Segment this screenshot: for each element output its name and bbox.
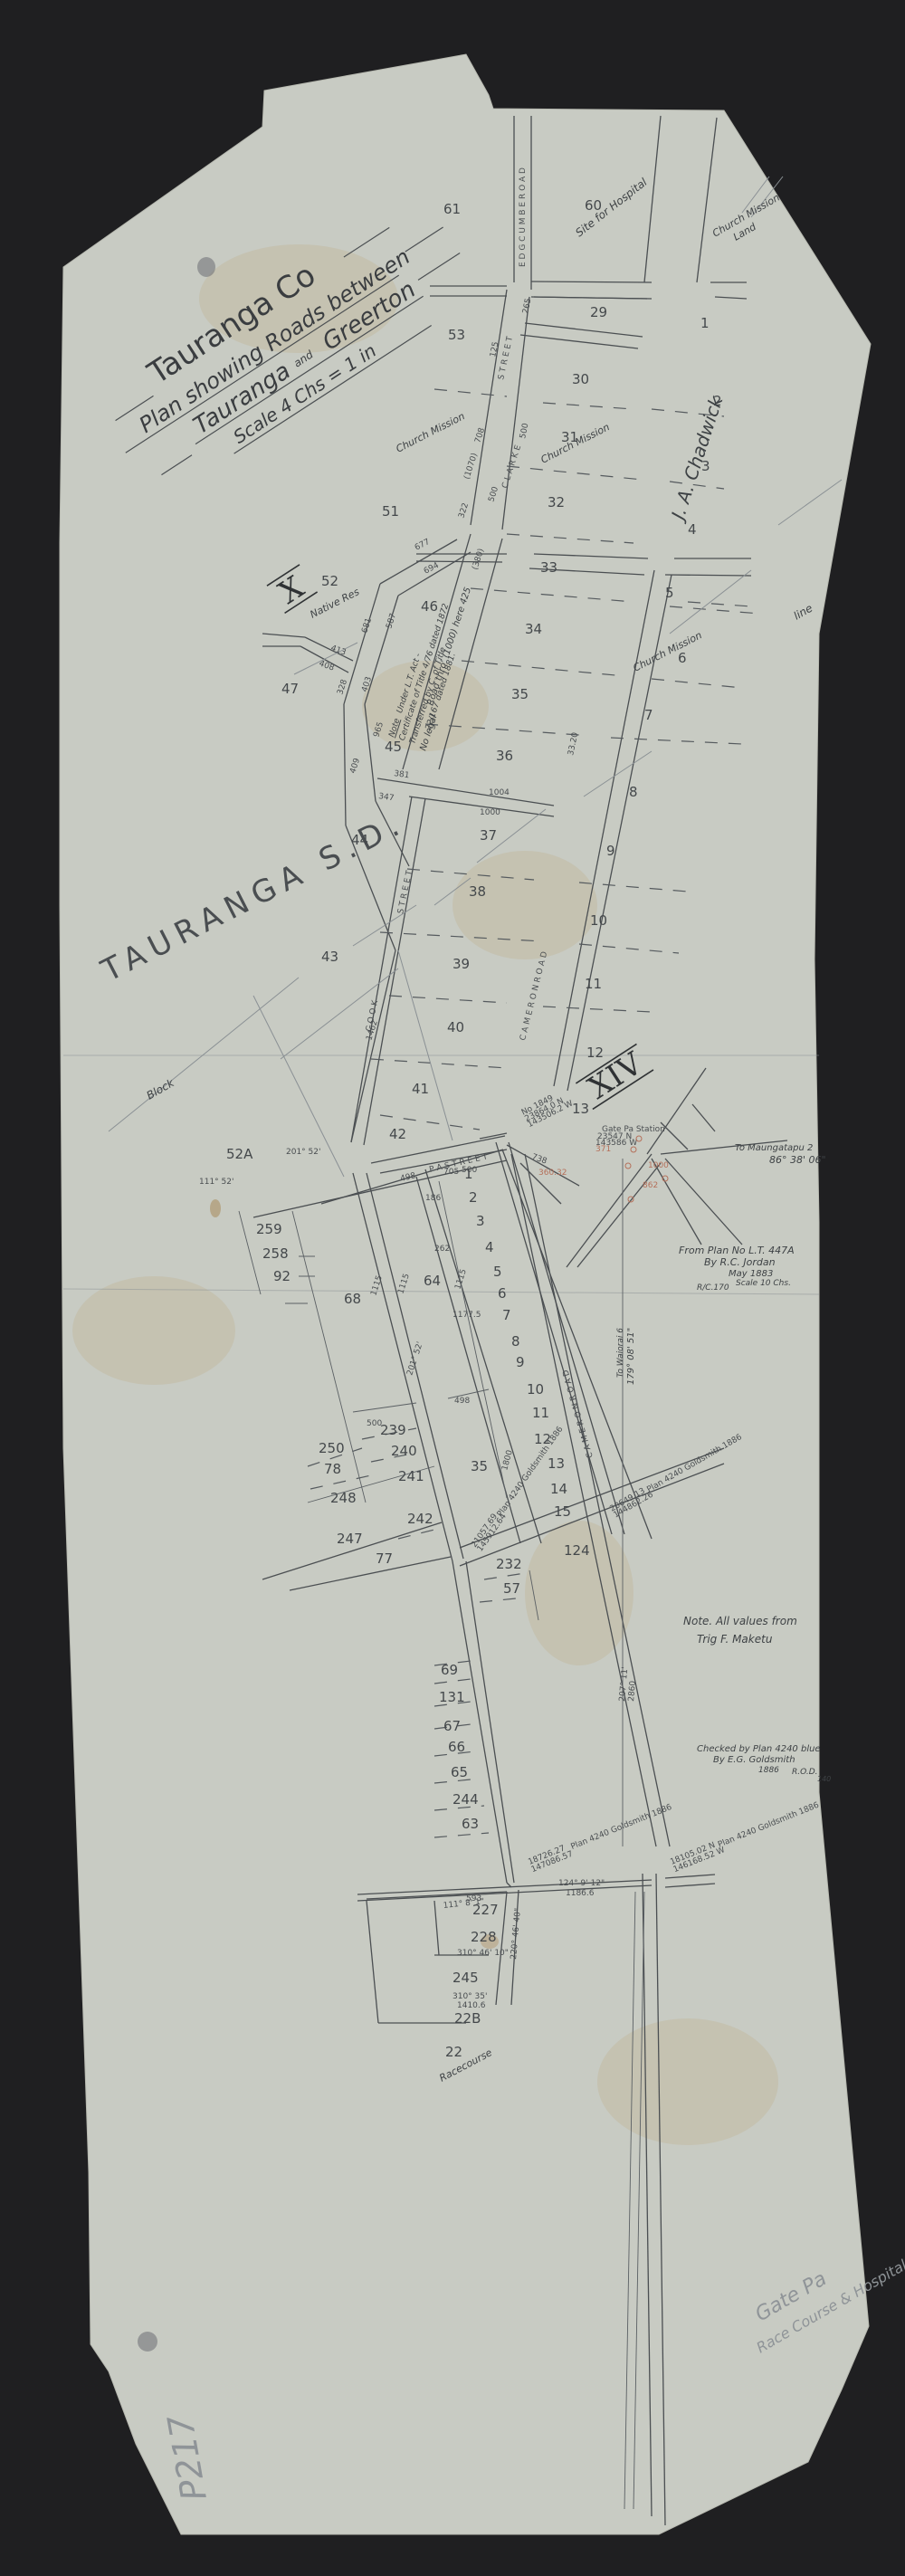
svg-text:11: 11 [585,976,602,992]
svg-text:35: 35 [511,686,529,702]
svg-text:124° 9' 12": 124° 9' 12" [558,1879,605,1888]
svg-text:1410.6: 1410.6 [457,2001,486,2010]
svg-text:131: 131 [439,1689,465,1705]
svg-text:May 1883: May 1883 [729,1269,773,1279]
svg-text:310° 35': 310° 35' [452,1992,487,2001]
svg-text:241: 241 [398,1468,424,1484]
svg-text:6: 6 [678,650,687,666]
svg-text:7: 7 [644,707,653,723]
svg-text:500: 500 [462,1166,477,1175]
svg-text:77: 77 [376,1550,393,1567]
svg-text:66: 66 [448,1739,465,1755]
svg-text:By E.G. Goldsmith: By E.G. Goldsmith [713,1755,795,1765]
svg-text:8: 8 [511,1333,520,1350]
svg-text:Checked by Plan 4240 blue: Checked by Plan 4240 blue [697,1744,821,1754]
svg-text:705: 705 [443,1168,459,1177]
svg-text:14: 14 [550,1481,567,1497]
svg-text:69: 69 [441,1662,458,1678]
svg-text:46: 46 [421,598,438,615]
svg-text:13: 13 [572,1101,589,1117]
svg-text:250: 250 [319,1440,345,1456]
svg-text:2: 2 [469,1189,478,1206]
svg-text:To Waiorai 6: To Waiorai 6 [616,1328,625,1378]
svg-text:78: 78 [324,1461,341,1477]
svg-text:371: 371 [595,1145,611,1154]
svg-text:86° 38' 06": 86° 38' 06" [769,1154,826,1166]
svg-text:15: 15 [554,1503,571,1520]
svg-text:10: 10 [590,912,607,929]
svg-text:65: 65 [451,1764,468,1780]
svg-text:44: 44 [351,832,368,848]
svg-text:124: 124 [564,1542,590,1559]
svg-text:9: 9 [516,1354,525,1370]
svg-text:7: 7 [502,1307,511,1323]
svg-text:13: 13 [548,1455,565,1472]
svg-text:8: 8 [629,784,638,800]
svg-text:3: 3 [476,1213,485,1229]
svg-text:38: 38 [469,883,486,900]
svg-text:140: 140 [817,1775,831,1783]
svg-text:179° 08' 51": 179° 08' 51" [626,1328,636,1385]
svg-text:262: 262 [434,1245,450,1254]
svg-text:64: 64 [424,1273,441,1289]
svg-text:1000: 1000 [480,808,500,817]
svg-text:11: 11 [532,1405,549,1421]
svg-text:34: 34 [525,621,542,637]
svg-text:1000: 1000 [648,1161,669,1170]
svg-text:40: 40 [447,1019,464,1035]
svg-text:310° 46' 10": 310° 46' 10" [457,1949,509,1958]
svg-text:57: 57 [503,1580,520,1597]
svg-text:61: 61 [443,201,461,217]
svg-text:29: 29 [590,304,607,320]
svg-text:45: 45 [385,739,402,755]
svg-text:R.O.D.: R.O.D. [792,1768,818,1777]
svg-text:244: 244 [452,1791,479,1808]
svg-text:1: 1 [700,315,710,331]
svg-text:1886: 1886 [758,1766,779,1775]
svg-text:From Plan No L.T. 447A: From Plan No L.T. 447A [679,1245,795,1256]
road-edgecumbe: E D G C U M B E R O A D [519,167,528,267]
svg-text:5: 5 [665,585,674,601]
svg-text:5: 5 [493,1264,502,1280]
scanned-survey-plan: Tauranga Co Plan showing Roads between T… [0,0,905,2576]
svg-text:247: 247 [337,1531,363,1547]
svg-text:232: 232 [496,1556,522,1572]
svg-text:43: 43 [321,949,338,965]
svg-text:67: 67 [443,1718,461,1734]
svg-text:To Maungatapu 2: To Maungatapu 2 [735,1143,813,1153]
svg-text:22B: 22B [454,2010,481,2027]
svg-text:228: 228 [471,1929,497,1945]
svg-text:360.32: 360.32 [538,1169,567,1178]
svg-text:39: 39 [452,956,470,972]
map-canvas: Tauranga Co Plan showing Roads between T… [0,0,905,2576]
svg-text:47: 47 [281,681,299,697]
svg-text:Scale 10 Chs.: Scale 10 Chs. [736,1279,791,1288]
svg-text:498: 498 [454,1397,470,1406]
svg-text:33: 33 [540,559,557,576]
svg-text:By R.C. Jordan: By R.C. Jordan [704,1256,776,1268]
svg-text:245: 245 [452,1970,479,1986]
svg-text:240: 240 [391,1443,417,1459]
svg-text:862: 862 [643,1181,658,1190]
svg-text:42: 42 [389,1126,406,1142]
svg-text:4: 4 [688,521,697,538]
svg-text:2860: 2860 [627,1680,638,1702]
svg-text:R/C.170: R/C.170 [697,1283,729,1293]
svg-text:36: 36 [496,748,513,764]
svg-text:10: 10 [527,1381,544,1398]
svg-text:Trig F. Maketu: Trig F. Maketu [697,1633,773,1646]
svg-text:259: 259 [256,1221,282,1237]
svg-text:92: 92 [273,1268,291,1284]
svg-text:68: 68 [344,1291,361,1307]
svg-text:53: 53 [448,327,465,343]
svg-text:Note. All values from: Note. All values from [683,1615,797,1627]
svg-text:12: 12 [586,1045,604,1061]
svg-text:186: 186 [425,1194,441,1203]
svg-text:41: 41 [412,1081,429,1097]
svg-text:111° 52': 111° 52' [199,1178,233,1187]
svg-text:4: 4 [485,1239,494,1255]
svg-text:52: 52 [321,573,338,589]
svg-text:37: 37 [480,827,497,844]
svg-text:258: 258 [262,1245,289,1262]
svg-text:1177.5: 1177.5 [452,1311,481,1320]
svg-text:9: 9 [606,843,615,859]
svg-text:6: 6 [498,1285,507,1302]
svg-text:242: 242 [407,1511,433,1527]
svg-text:248: 248 [330,1490,357,1506]
svg-text:63: 63 [462,1816,479,1832]
svg-text:239: 239 [380,1422,406,1438]
svg-text:1004: 1004 [489,788,510,797]
svg-text:52A: 52A [226,1146,253,1162]
svg-text:30: 30 [572,371,589,387]
svg-text:35: 35 [471,1458,488,1474]
svg-text:51: 51 [382,503,399,520]
svg-text:1186.6: 1186.6 [566,1889,595,1898]
svg-text:32: 32 [548,494,565,510]
svg-text:22: 22 [445,2044,462,2060]
svg-text:201° 52': 201° 52' [286,1148,320,1157]
svg-text:500: 500 [367,1419,382,1428]
